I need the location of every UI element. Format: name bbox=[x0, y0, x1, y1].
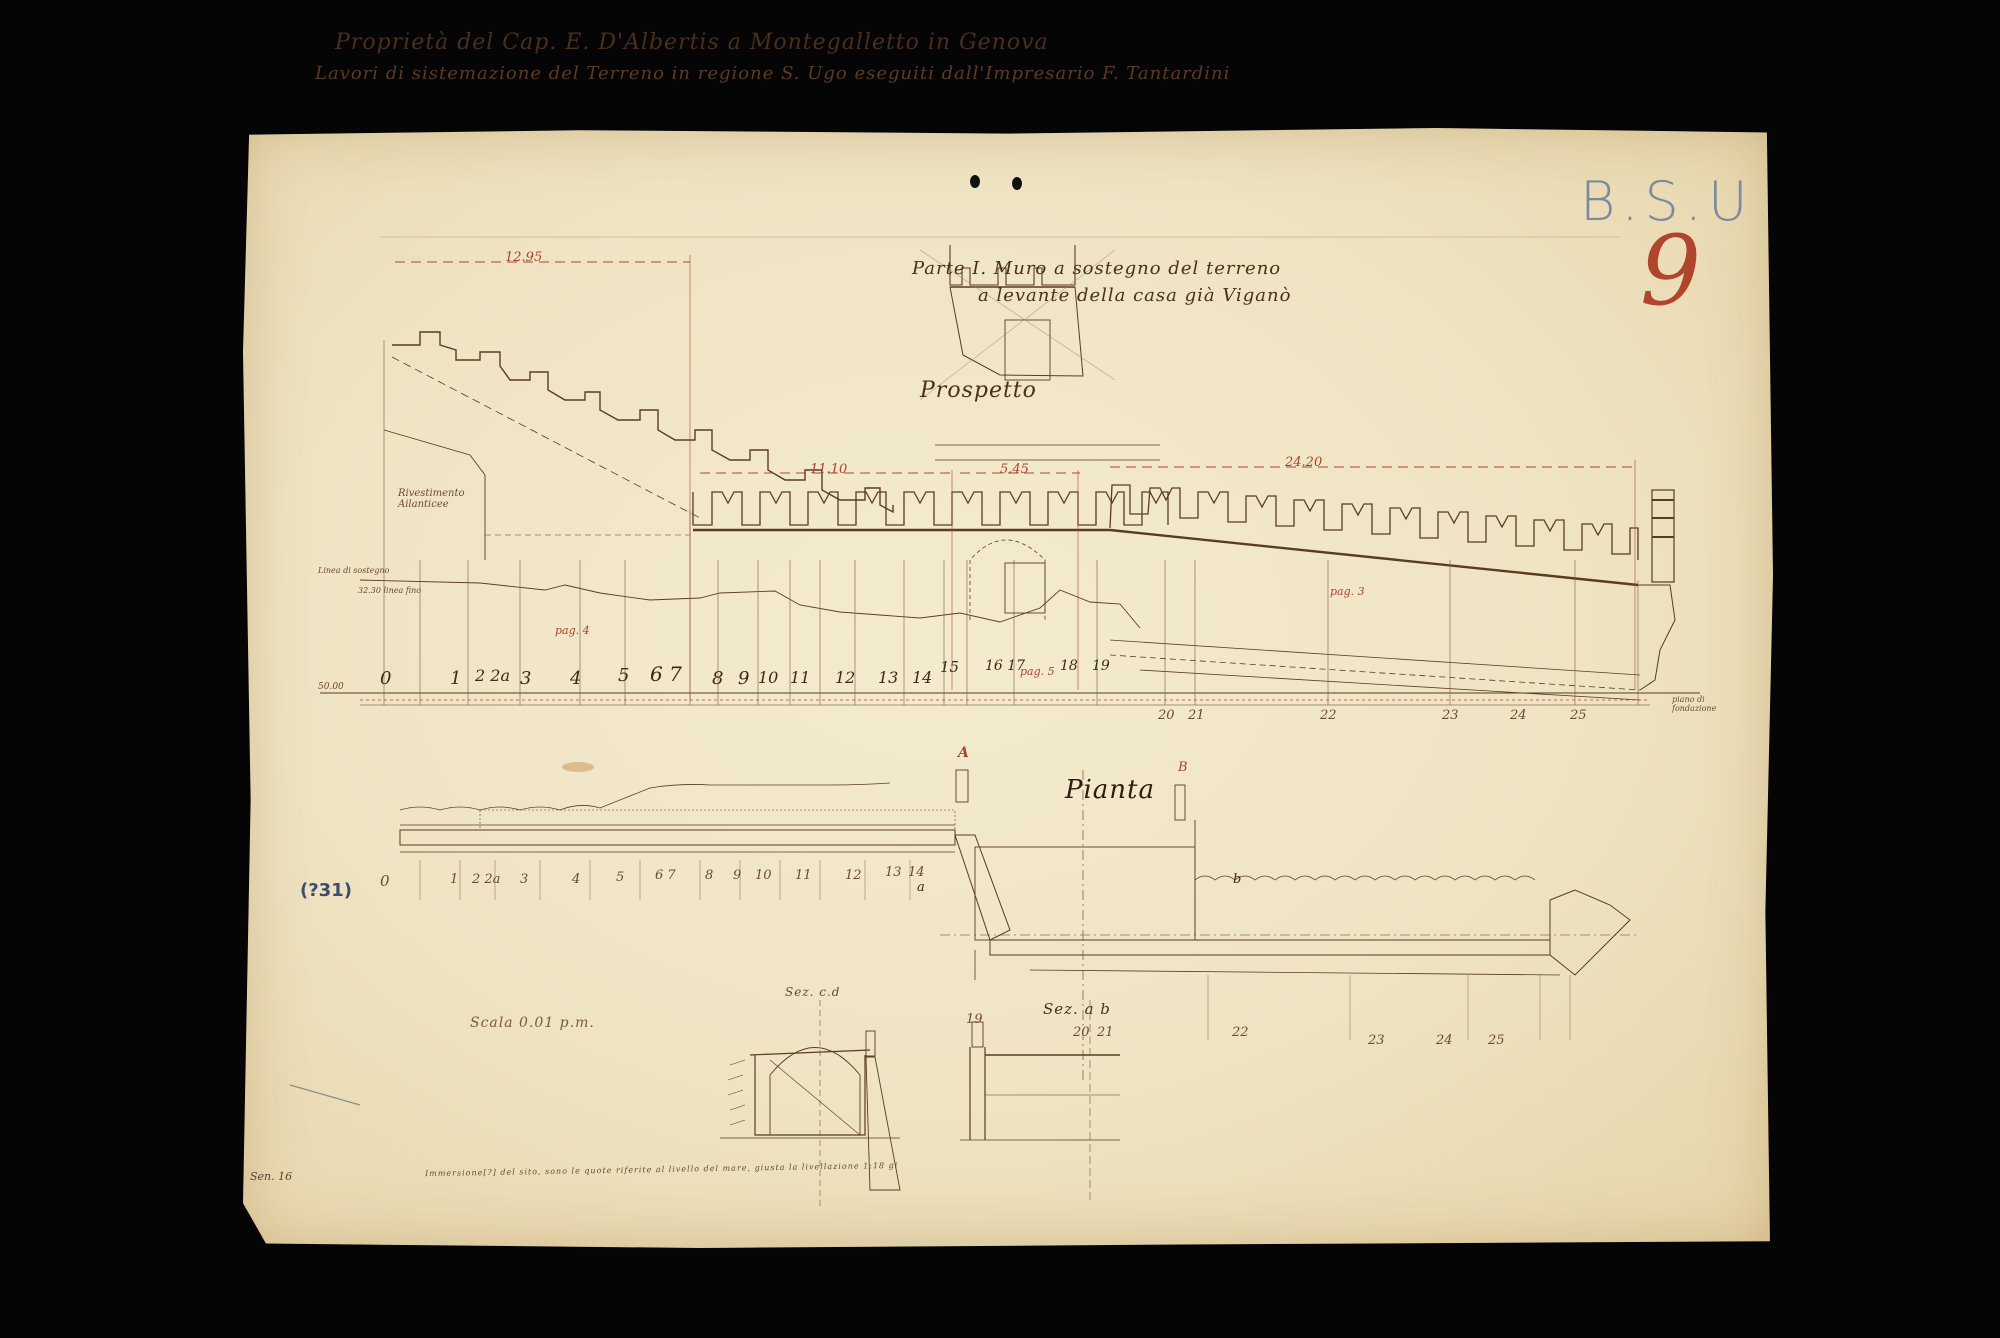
station-number: 14 bbox=[912, 668, 932, 687]
station-number: 0 bbox=[380, 668, 391, 689]
station-number: 21 bbox=[1188, 708, 1205, 723]
station-number: 15 bbox=[940, 658, 959, 676]
annotation: 50.00 bbox=[318, 682, 344, 692]
plan-marker-small-b: b bbox=[1233, 872, 1241, 887]
plan-station-right: 21 bbox=[1097, 1025, 1114, 1040]
station-number: 4 bbox=[570, 668, 581, 689]
station-number: 10 bbox=[758, 668, 778, 687]
plan-station: 12 bbox=[845, 868, 862, 883]
annotation: pag. 4 bbox=[555, 624, 590, 637]
plan-station: 14 bbox=[908, 865, 925, 880]
dimension-label: 24.20 bbox=[1285, 455, 1322, 470]
station-number: 18 bbox=[1060, 658, 1078, 674]
plan-station: 2 2a bbox=[472, 872, 500, 887]
plan-station-right: 23 bbox=[1368, 1033, 1385, 1048]
station-number: 25 bbox=[1570, 708, 1587, 723]
annotation: 32.30 linea fino bbox=[358, 586, 421, 595]
title-line-2: Lavori di sistemazione del Terreno in re… bbox=[315, 63, 1230, 84]
plan-station: 0 bbox=[380, 872, 390, 890]
plan-station-right: 20 bbox=[1073, 1025, 1090, 1040]
scale-label: Scala 0.01 p.m. bbox=[470, 1015, 595, 1031]
plan-station-right: 22 bbox=[1232, 1025, 1249, 1040]
station-number: 12 bbox=[835, 668, 855, 687]
plan-station: 5 bbox=[616, 870, 624, 885]
station-number: 2 2a bbox=[475, 666, 510, 685]
plan-marker-small-a: a bbox=[917, 880, 925, 895]
plan-station: 3 bbox=[520, 872, 528, 887]
annotation: Linea di sostegno bbox=[318, 566, 389, 575]
elevation-label: Prospetto bbox=[920, 378, 1037, 403]
plan-station: 1 bbox=[450, 872, 458, 887]
plan-station: 6 7 bbox=[655, 868, 676, 883]
part-heading-1: Parte I. Muro a sostegno del terreno bbox=[912, 258, 1281, 279]
section-ab-label: Sez. a b bbox=[1043, 1000, 1111, 1018]
station-number: 8 bbox=[712, 668, 723, 689]
dimension-label: 11.10 bbox=[810, 462, 847, 477]
annotation: pag. 3 bbox=[1330, 585, 1365, 598]
station-number: 23 bbox=[1442, 708, 1459, 723]
part-heading-2: a levante della casa già Viganò bbox=[978, 285, 1291, 306]
plan-label: Pianta bbox=[1065, 775, 1155, 805]
plan-station: 9 bbox=[733, 868, 741, 883]
plan-station-right: 24 bbox=[1436, 1033, 1453, 1048]
title-line-1: Proprietà del Cap. E. D'Albertis a Monte… bbox=[335, 30, 1049, 55]
station-number: 3 bbox=[520, 668, 531, 689]
annotation: piano di fondazione bbox=[1672, 695, 1732, 713]
plan-station: 4 bbox=[572, 872, 580, 887]
station-number: 9 bbox=[738, 668, 749, 689]
plan-station: 8 bbox=[705, 868, 713, 883]
annotation: pag. 5 bbox=[1020, 665, 1055, 678]
plan-station: 11 bbox=[795, 868, 812, 883]
station-number: 19 bbox=[1092, 658, 1110, 674]
station-number: 1 bbox=[450, 668, 461, 689]
plan-marker-a: A bbox=[958, 745, 969, 761]
station-number: 6 7 bbox=[650, 662, 682, 686]
sheet-number: 9 bbox=[1640, 215, 1701, 327]
station-number: 22 bbox=[1320, 708, 1337, 723]
plan-station: 10 bbox=[755, 868, 772, 883]
blue-stamp: (?31) bbox=[300, 880, 352, 901]
corner-pencil-note: Sen. 16 bbox=[250, 1170, 292, 1183]
plan-station: 13 bbox=[885, 865, 902, 880]
dimension-label: 5.45 bbox=[1000, 462, 1029, 477]
station-number: 11 bbox=[790, 668, 810, 687]
plan-station-right: 25 bbox=[1488, 1033, 1505, 1048]
station-number: 5 bbox=[618, 665, 629, 686]
plan-station-right: 19 bbox=[966, 1012, 983, 1027]
section-cd-label: Sez. c.d bbox=[785, 985, 841, 999]
plan-marker-b: B bbox=[1178, 760, 1188, 775]
dimension-label: 12.95 bbox=[505, 250, 542, 265]
station-number: 20 bbox=[1158, 708, 1175, 723]
station-number: 13 bbox=[878, 668, 898, 687]
station-number: 24 bbox=[1510, 708, 1527, 723]
annotation: Rivestimento Ailanticee bbox=[398, 488, 468, 510]
